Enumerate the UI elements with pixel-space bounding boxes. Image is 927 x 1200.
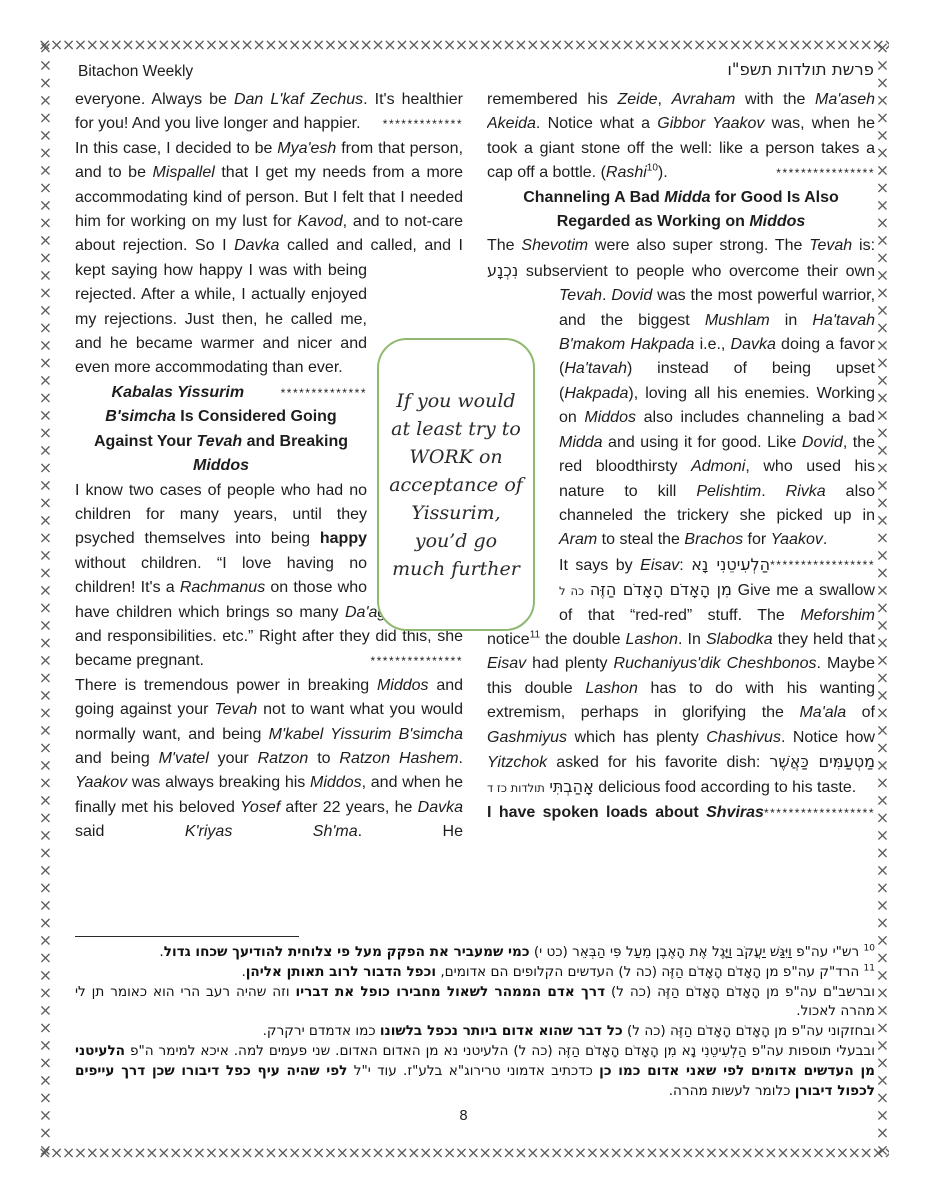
text-segment: ובחזקוני עה"פ מן הָאָדֹם הָאָדֹם הַזֶּה … xyxy=(623,1023,875,1039)
text-segment: Zeide xyxy=(617,91,657,108)
right-column: remembered his Zeide, Avraham with the M… xyxy=(487,88,875,934)
newsletter-title: Bitachon Weekly xyxy=(78,63,193,81)
text-segment: Gibbor Yaakov xyxy=(657,115,764,132)
text-segment: Ratzon xyxy=(258,750,309,767)
text-segment: Chashivus xyxy=(706,729,781,746)
text-segment: . xyxy=(823,531,827,548)
text-segment: ). xyxy=(658,164,668,181)
text-segment: Yaakov xyxy=(75,774,127,791)
footnote: 10 רש"י עה"פ וַיִּגַּשׁ יַעֲקֹב וַיָּגֶל… xyxy=(75,943,875,963)
text-segment: and being xyxy=(75,750,159,767)
text-segment: רש"י עה"פ וַיִּגַּשׁ יַעֲקֹב וַיָּגֶל אֶ… xyxy=(530,944,864,960)
text-segment: Channeling A Bad xyxy=(523,189,664,206)
text-segment: M'vatel xyxy=(159,750,209,767)
text-segment: Yosef xyxy=(240,799,280,816)
text-segment: delicious food according to his taste. xyxy=(594,779,856,796)
text-segment: Gashmiyus xyxy=(487,729,567,746)
text-segment: Dovid xyxy=(611,287,652,304)
text-segment: was the xyxy=(652,287,717,304)
text-segment: There is tremendous power in breaking xyxy=(75,677,377,694)
text-segment: were also super strong. The xyxy=(588,237,809,254)
text-segment: Hakpada xyxy=(564,385,628,402)
text-segment: Shevotim xyxy=(521,237,588,254)
text-segment: the double xyxy=(540,631,625,648)
text-segment: Eisav xyxy=(640,557,679,574)
text-segment: rejected. After a while, I actually enjo… xyxy=(75,286,367,376)
text-segment: Midda xyxy=(559,434,603,451)
text-segment: said xyxy=(75,823,185,840)
text-segment: Rashi xyxy=(606,164,647,181)
text-segment: they held that xyxy=(773,631,875,648)
text-segment: Ruchaniyus'dik Cheshbonos xyxy=(614,655,817,672)
text-segment: כל דבר שהוא אדום ביותר נכפל בלשונו xyxy=(380,1023,623,1039)
text-segment: . He xyxy=(358,823,463,840)
text-segment: i.e., xyxy=(694,336,730,353)
text-segment: כלומר לעשות מהרה. xyxy=(669,1083,795,1099)
text-segment: remembered his xyxy=(487,91,617,108)
text-segment: Tevah xyxy=(197,433,243,450)
text-segment: in xyxy=(770,312,813,329)
text-segment: Davka xyxy=(731,336,776,353)
paragraph: everyone. Always be Dan L'kaf Zechus. It… xyxy=(75,88,463,137)
footnotes: 10 רש"י עה"פ וַיִּגַּשׁ יַעֲקֹב וַיָּגֶל… xyxy=(75,943,875,1101)
text-segment: of xyxy=(846,704,875,721)
text-segment: דרך אדם הממהר לשאול מחבירו כופל את דבריו xyxy=(296,984,606,1000)
text-segment: happy xyxy=(320,530,367,547)
callout-quote: If you would at least try to WORK on acc… xyxy=(388,387,524,583)
footnote-separator xyxy=(75,936,299,937)
asterisk-divider: ************* xyxy=(383,119,463,129)
text-segment: Midda xyxy=(664,189,710,206)
text-segment: Ha'tavah xyxy=(564,360,627,377)
text-segment: ובבעלי תוספות עה"פ הַלְעִיטֵנִי נָא מִן … xyxy=(125,1043,875,1059)
asterisk-divider: **************** xyxy=(776,168,875,178)
text-segment: Middos xyxy=(310,774,362,791)
page-number: 8 xyxy=(0,1108,927,1124)
page-border-top: ××××××××××××××××××××××××××××××××××××××××… xyxy=(38,38,889,54)
section-heading: Channeling A Bad Midda for Good Is Also … xyxy=(487,186,875,235)
text-segment: Lashon xyxy=(626,631,679,648)
text-segment: וכפל הדבור לרוב תאותן אליהן xyxy=(246,964,436,980)
text-segment: Shviras xyxy=(706,804,764,821)
text-segment: and Breaking xyxy=(242,433,348,450)
text-segment: כה ל xyxy=(559,584,584,598)
text-segment: Admoni xyxy=(691,458,745,475)
text-segment: K'riyas Sh'ma xyxy=(185,823,358,840)
text-segment: for xyxy=(743,531,771,548)
text-segment: to steal the xyxy=(597,531,684,548)
asterisk-divider: *************** xyxy=(370,656,463,666)
text-segment: Yitzchok xyxy=(487,754,547,771)
text-segment: with the xyxy=(735,91,815,108)
text-segment: נִכְנָע xyxy=(487,261,518,280)
asterisk-divider: ****************** xyxy=(764,808,875,818)
text-segment: Middos xyxy=(193,457,249,474)
text-segment: 10 xyxy=(647,163,658,174)
text-segment: Middos xyxy=(749,213,805,230)
text-segment: Mispallel xyxy=(153,164,215,181)
text-segment: Davka xyxy=(234,237,279,254)
text-segment: also includes channeling a bad xyxy=(636,409,875,426)
paragraph: remembered his Zeide, Avraham with the M… xyxy=(487,88,875,186)
text-segment: Mushlam xyxy=(705,312,770,329)
text-segment: It says by xyxy=(559,557,640,574)
paragraph: There is tremendous power in breaking Mi… xyxy=(75,674,463,845)
text-segment: Kavod xyxy=(297,213,342,230)
text-segment: asked for his favorite dish: xyxy=(547,754,769,771)
text-segment: . Notice how xyxy=(781,729,875,746)
text-segment: . xyxy=(602,287,611,304)
text-segment: Eisav xyxy=(487,655,526,672)
text-segment: Davka xyxy=(418,799,463,816)
text-segment: after 22 years, he xyxy=(280,799,418,816)
footnote: 11 הרד"ק עה"פ מן הָאָדֹם הָאָדֹם הַזֶּה … xyxy=(75,963,875,983)
text-segment: Middos xyxy=(584,409,636,426)
callout-box: If you would at least try to WORK on acc… xyxy=(377,338,535,631)
text-segment: Dovid xyxy=(802,434,843,451)
text-segment: Ma'ala xyxy=(799,704,846,721)
text-segment: 10 xyxy=(864,943,875,953)
text-segment: Tevah xyxy=(214,701,257,718)
text-segment: וברשב"ם עה"פ מן הָאָדֹם הָאָדֹם הַזֶּה (… xyxy=(605,984,875,1000)
text-segment: M'kabel Yissurim B'simcha xyxy=(269,726,463,743)
text-segment: Slabodka xyxy=(706,631,773,648)
text-segment: כדכתיב אדמוני טרירוג"א בלע"ז. עוד י"ל xyxy=(347,1063,599,1079)
text-segment: 11 xyxy=(864,963,875,973)
text-segment: Lashon xyxy=(585,680,638,697)
text-segment: Avraham xyxy=(672,91,736,108)
text-segment: : xyxy=(679,557,691,574)
text-segment: notice xyxy=(487,631,530,648)
text-segment: had plenty xyxy=(526,655,613,672)
text-segment: Tevah xyxy=(559,287,602,304)
text-segment: Dan L'kaf Zechus xyxy=(234,91,363,108)
text-segment: your xyxy=(209,750,258,767)
text-segment: . In xyxy=(678,631,706,648)
text-segment: כמי שמעביר את הפקק מעל פי צלוחית להודיעך… xyxy=(164,944,530,960)
text-segment: was always breaking his xyxy=(127,774,310,791)
text-segment: , xyxy=(658,91,672,108)
text-segment: כמו אדמדם ירקרק. xyxy=(263,1023,380,1039)
text-segment: Rachmanus xyxy=(180,579,265,596)
text-segment: Middos xyxy=(377,677,429,694)
text-segment: . xyxy=(761,483,785,500)
text-segment: is: xyxy=(852,237,875,254)
text-segment: Ratzon Hashem xyxy=(339,750,458,767)
page-border-left: ××××××××××××××××××××××××××××××××××××××××… xyxy=(37,38,53,1162)
text-segment: . Notice what a xyxy=(536,115,657,132)
asterisk-divider: ************** xyxy=(281,388,367,398)
text-segment: The xyxy=(487,237,521,254)
footnote: ובחזקוני עה"פ מן הָאָדֹם הָאָדֹם הַזֶּה … xyxy=(75,1022,875,1042)
text-segment: Pelishtim xyxy=(696,483,761,500)
page-border-bottom: ××××××××××××××××××××××××××××××××××××××××… xyxy=(38,1146,889,1162)
text-segment: הרד"ק עה"פ מן הָאָדֹם הָאָדֹם הַזֶּה (כה… xyxy=(436,964,864,980)
text-segment: I have spoken loads about xyxy=(487,804,706,821)
text-segment: Aram xyxy=(559,531,597,548)
text-segment: In this case, I decided to be xyxy=(75,140,277,157)
parsha-header: פרשת תולדות תשפ"ו xyxy=(727,60,874,79)
text-segment: and using it for good. Like xyxy=(603,434,802,451)
text-segment: to xyxy=(308,750,339,767)
text-segment: which has plenty xyxy=(567,729,706,746)
text-segment: subservient to people who overcome their… xyxy=(518,263,875,280)
text-segment: Mya'esh xyxy=(277,140,336,157)
page-border-right: ××××××××××××××××××××××××××××××××××××××××… xyxy=(874,38,890,1162)
text-segment: Brachos xyxy=(684,531,743,548)
asterisk-divider: ***************** xyxy=(770,560,875,570)
footnote: וברשב"ם עה"פ מן הָאָדֹם הָאָדֹם הַזֶּה (… xyxy=(75,983,875,1023)
text-segment: everyone. Always be xyxy=(75,91,234,108)
footnote: ובבעלי תוספות עה"פ הַלְעִיטֵנִי נָא מִן … xyxy=(75,1042,875,1101)
text-segment: Meforshim xyxy=(800,607,875,624)
text-segment: Tevah xyxy=(809,237,852,254)
text-segment: 11 xyxy=(530,630,540,641)
text-segment: . xyxy=(459,750,463,767)
paragraph: The Shevotim were also super strong. The… xyxy=(487,234,875,552)
text-segment: תולדות כז ד xyxy=(487,781,545,795)
text-segment: Rivka xyxy=(786,483,826,500)
text-segment: Yaakov xyxy=(771,531,823,548)
